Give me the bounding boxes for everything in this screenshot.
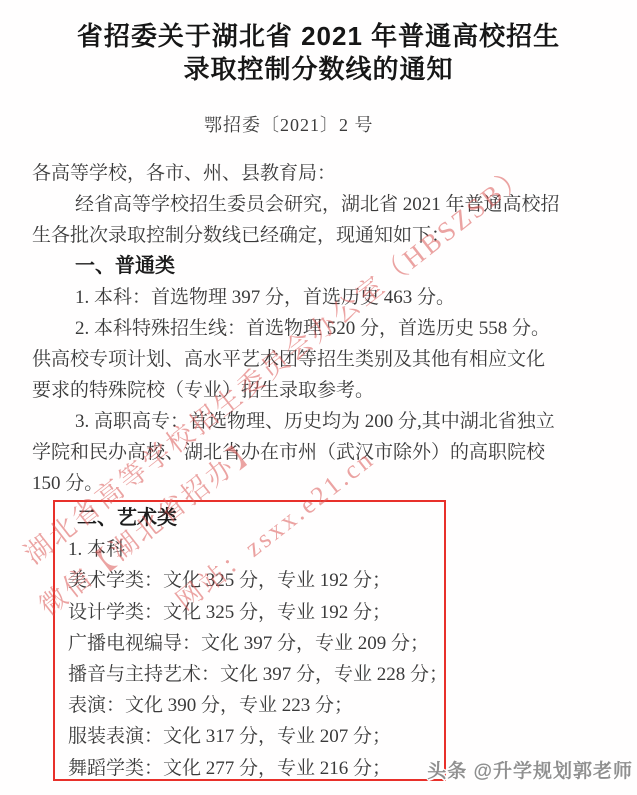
- section-heading-general: 一、普通类: [32, 251, 607, 282]
- general-gaozhi-line: 3. 高职高专：首选物理、历史均为 200 分,其中湖北省独立: [32, 406, 607, 437]
- arts-highlight-box: 二、艺术类 1. 本科 美术学类：文化 325 分，专业 192 分； 设计学类…: [53, 500, 446, 781]
- section-heading-arts: 二、艺术类: [68, 503, 484, 534]
- notice-document-page: 省招委关于湖北省 2021 年普通高校招生 录取控制分数线的通知 鄂招委〔202…: [0, 0, 637, 795]
- toutiao-watermark: 头条 @升学规划郭老师: [427, 756, 633, 783]
- general-special-line: 2. 本科特殊招生线：首选物理 520 分，首选历史 558 分。: [32, 313, 607, 344]
- arts-item-guangbo: 广播电视编导：文化 397 分，专业 209 分；: [68, 628, 484, 659]
- intro-line-1: 经省高等学校招生委员会研究，湖北省 2021 年普通高校招: [32, 189, 607, 220]
- arts-item-biaoyan: 表演：文化 390 分，专业 223 分；: [68, 690, 484, 721]
- arts-section: 二、艺术类 1. 本科 美术学类：文化 325 分，专业 192 分； 设计学类…: [68, 503, 484, 784]
- document-body: 各高等学校，各市、州、县教育局： 经省高等学校招生委员会研究，湖北省 2021 …: [32, 158, 607, 499]
- general-gaozhi-cont-2: 150 分。: [32, 468, 607, 499]
- general-special-cont-1: 供高校专项计划、高水平艺术团等招生类别及其他有相应文化: [32, 344, 607, 375]
- document-title-line2: 录取控制分数线的通知: [0, 53, 637, 86]
- arts-subheading: 1. 本科: [68, 534, 484, 565]
- document-number: 鄂招委〔2021〕2 号: [204, 111, 374, 137]
- general-special-cont-2: 要求的特殊院校（专业）招生录取参考。: [32, 375, 607, 406]
- document-title-line1: 省招委关于湖北省 2021 年普通高校招生: [0, 20, 637, 53]
- arts-item-meishu: 美术学类：文化 325 分，专业 192 分；: [68, 565, 484, 596]
- intro-line-2: 生各批次录取控制分数线已经确定，现通知如下：: [32, 220, 607, 251]
- document-title: 省招委关于湖北省 2021 年普通高校招生 录取控制分数线的通知: [0, 20, 637, 86]
- salutation-line: 各高等学校，各市、州、县教育局：: [32, 158, 607, 189]
- arts-item-wudao: 舞蹈学类：文化 277 分，专业 216 分；: [68, 753, 484, 784]
- arts-item-boyin: 播音与主持艺术：文化 397 分，专业 228 分；: [68, 659, 484, 690]
- general-gaozhi-cont-1: 学院和民办高校、湖北省办在市州（武汉市除外）的高职院校: [32, 437, 607, 468]
- arts-item-fuzhuang: 服装表演：文化 317 分，专业 207 分；: [68, 721, 484, 752]
- general-benke-line: 1. 本科：首选物理 397 分，首选历史 463 分。: [32, 282, 607, 313]
- arts-item-sheji: 设计学类：文化 325 分，专业 192 分；: [68, 597, 484, 628]
